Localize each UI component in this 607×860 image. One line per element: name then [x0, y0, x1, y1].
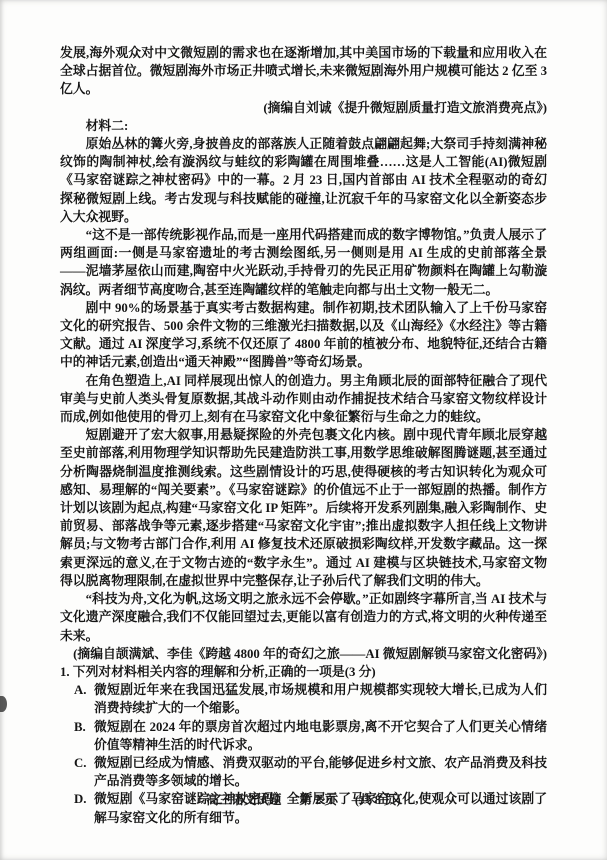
scan-artifact [0, 696, 7, 712]
material2-heading: 材料二: [60, 117, 547, 135]
option-b-text: 微短剧在 2024 年的票房首次超过内地电影票房,离不开它契合了人们更关心情绪价… [94, 720, 547, 752]
material2-paragraph-4: 在角色塑造上,AI 同样展现出惊人的创造力。男主角顾北辰的面部特征融合了现代审美… [60, 372, 547, 427]
material2-attribution: (摘编自颉满斌、李佳《跨越 4800 年的奇幻之旅——AI 微短剧解锁马家窑文化… [60, 645, 547, 663]
material2-paragraph-2: “这不是一部传统影视作品,而是一座用代码搭建而成的数字博物馆。”负责人展示了两组… [60, 226, 547, 299]
exam-page: 发展,海外观众对中文微短剧的需求也在逐渐增加,其中美国市场的下载量和应用收入在全… [0, 0, 607, 860]
material2-paragraph-1: 原始丛林的篝火旁,身披兽皮的部落族人正随着鼓点翩翩起舞;大祭司手持刻满神秘纹饰的… [60, 135, 547, 226]
option-a-text: 微短剧近年来在我国迅猛发展,市场规模和用户规模都实现较大增长,已成为人们消费持续… [94, 683, 547, 715]
option-c-text: 微短剧已经成为情感、消费双驱动的平台,能够促进乡村文旅、农产品消费及科技产品消费… [94, 756, 547, 788]
material2-paragraph-6: “科技为舟,文化为帆,这场文明之旅永远不会停歇。”正如剧终字幕所言,当 AI 技… [60, 590, 547, 645]
exam-body: 发展,海外观众对中文微短剧的需求也在逐渐增加,其中美国市场的下载量和应用收入在全… [60, 44, 547, 827]
footer-page-number: 第 2 页 [299, 793, 337, 807]
page-footer: 高三语文试题第 2 页(共 8 页) [0, 790, 607, 808]
material2-paragraph-3: 剧中 90%的场景基于真实考古数据构建。制作初期,技术团队输入了上千份马家窑文化… [60, 299, 547, 372]
option-a-label: A. [74, 681, 86, 699]
material1-attribution: (摘编自刘诚《提升微短剧质量打造文旅消费亮点》) [60, 99, 547, 117]
question-1-option-b: B. 微短剧在 2024 年的票房首次超过内地电影票房,离不开它契合了人们更关心… [74, 718, 547, 754]
question-1-option-a: A. 微短剧近年来在我国迅猛发展,市场规模和用户规模都实现较大增长,已成为人们消… [74, 681, 547, 717]
footer-exam-title: 高三语文试题 [206, 793, 281, 807]
footer-total-pages: (共 8 页) [355, 793, 401, 807]
material1-continuation-paragraph: 发展,海外观众对中文微短剧的需求也在逐渐增加,其中美国市场的下载量和应用收入在全… [60, 44, 547, 99]
material2-paragraph-5: 短剧避开了宏大叙事,用悬疑探险的外壳包裹文化内核。剧中现代青年顾北辰穿越至史前部… [60, 426, 547, 590]
option-b-label: B. [74, 718, 86, 736]
question-1-stem: 1. 下列对材料相关内容的理解和分析,正确的一项是(3 分) [60, 663, 547, 681]
option-c-label: C. [74, 754, 86, 772]
question-1-option-c: C. 微短剧已经成为情感、消费双驱动的平台,能够促进乡村文旅、农产品消费及科技产… [74, 754, 547, 790]
